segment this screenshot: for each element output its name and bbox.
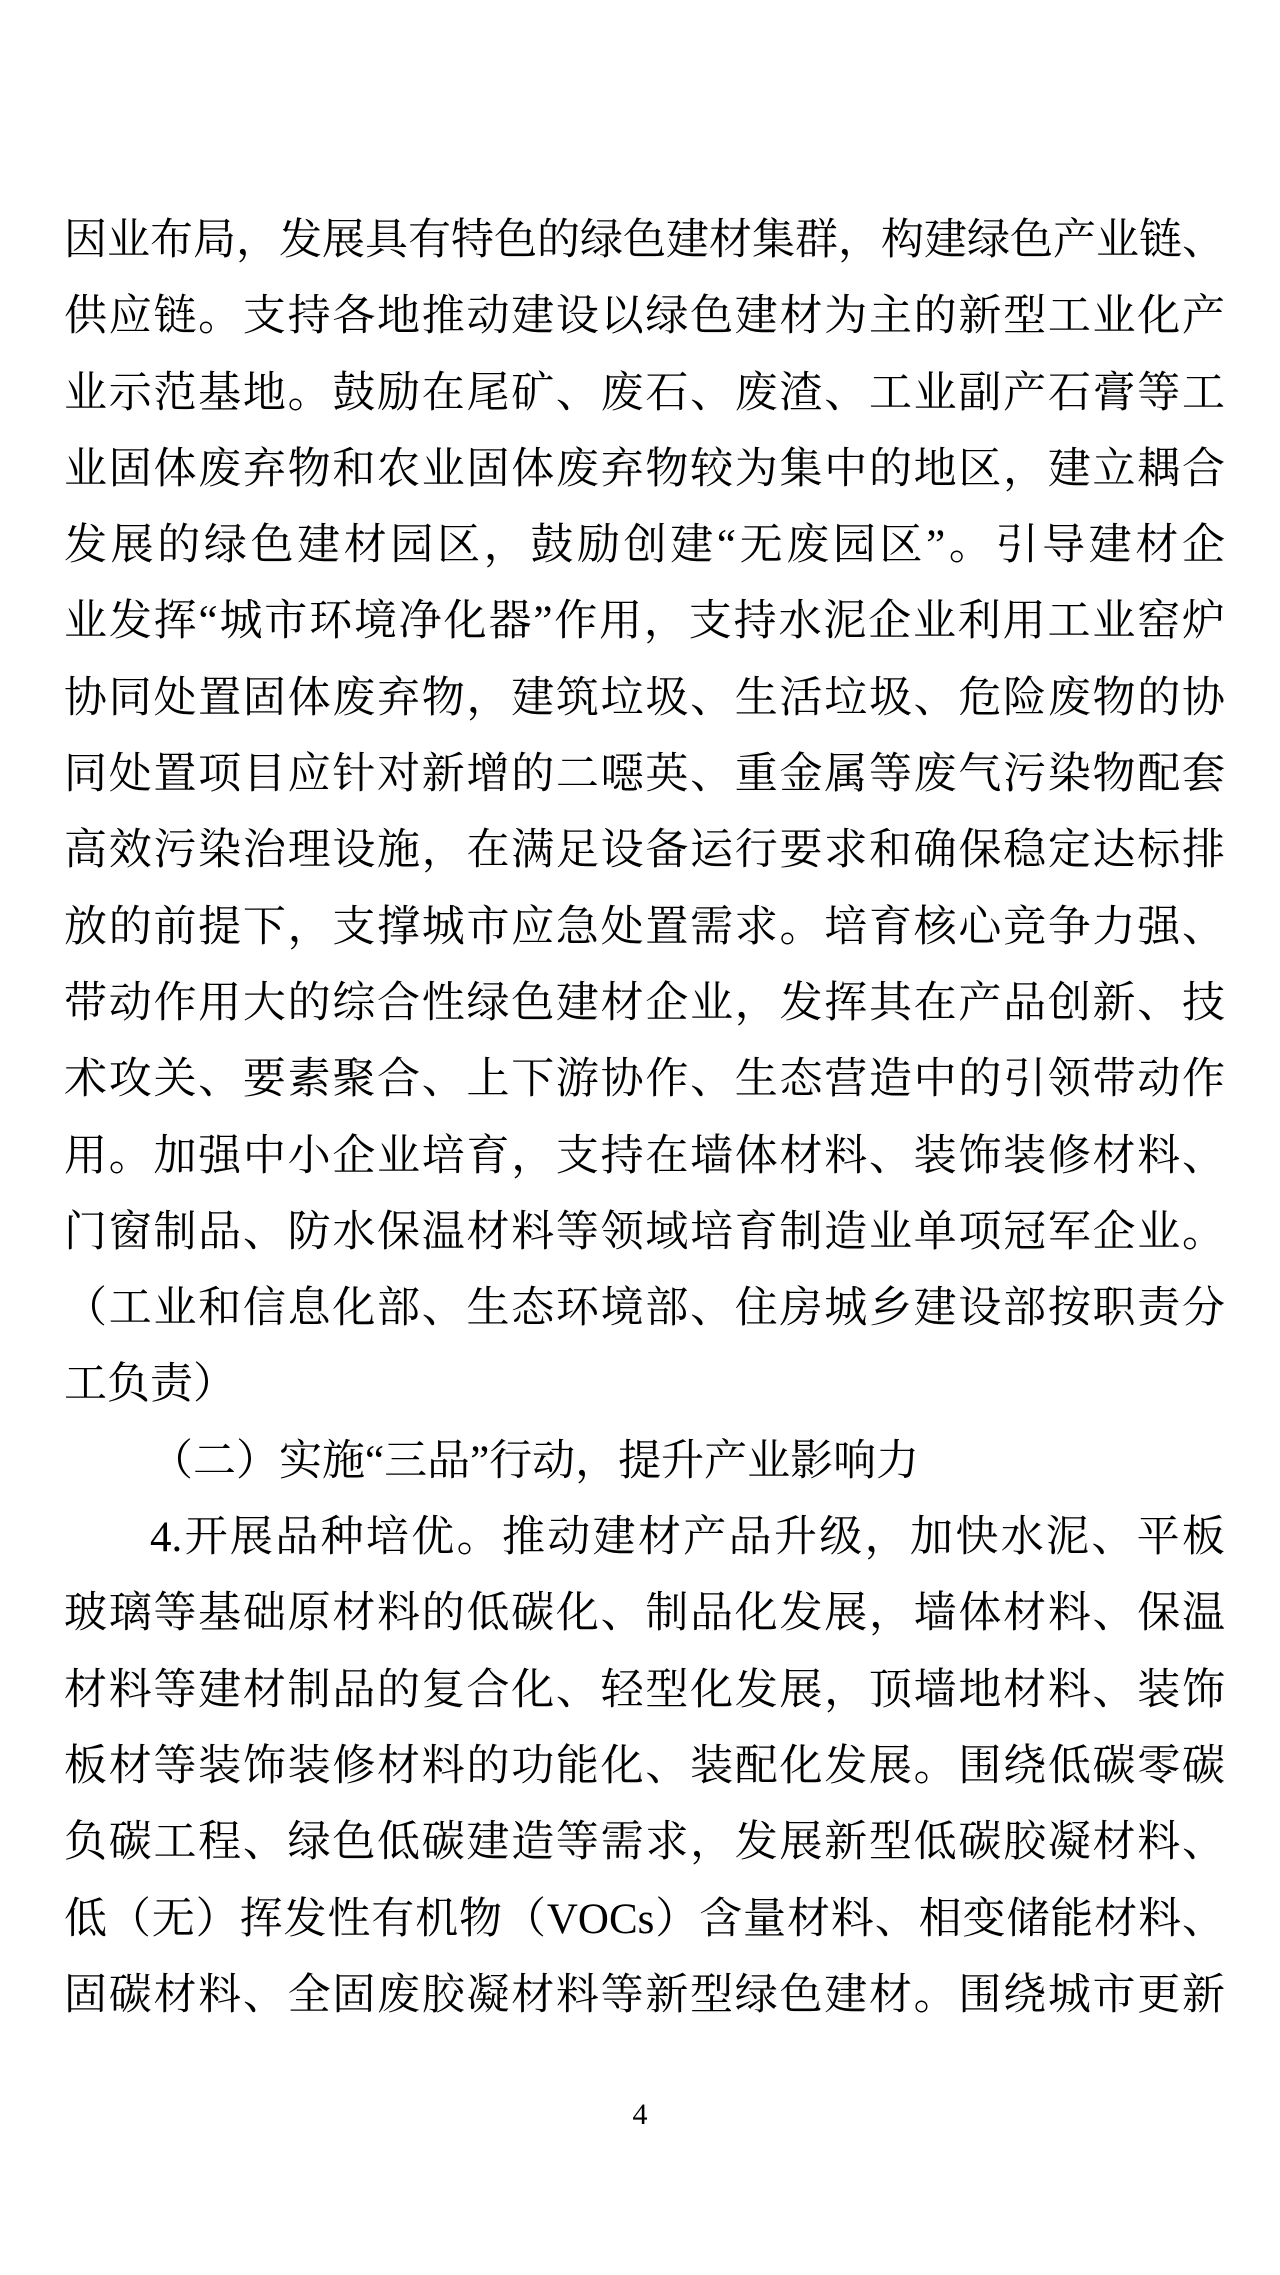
text-line: 用。加强中小企业培育，支持在墙体材料、装饰装修材料、 [64, 1119, 1225, 1195]
text-line: 业示范基地。鼓励在尾矿、废石、废渣、工业副产石膏等工 [64, 356, 1225, 432]
text-line: 因业布局，发展具有特色的绿色建材集群，构建绿色产业链、 [64, 203, 1225, 279]
document-body: 因业布局，发展具有特色的绿色建材集群，构建绿色产业链、供应链。支持各地推动建设以… [64, 203, 1225, 2034]
text-line: 低（无）挥发性有机物（VOCs）含量材料、相变储能材料、 [64, 1882, 1225, 1958]
text-line: 同处置项目应针对新增的二噁英、重金属等废气污染物配套 [64, 737, 1225, 813]
text-line: 带动作用大的综合性绿色建材企业，发挥其在产品创新、技 [64, 966, 1225, 1042]
text-line: 材料等建材制品的复合化、轻型化发展，顶墙地材料、装饰 [64, 1653, 1225, 1729]
text-line: （工业和信息化部、生态环境部、住房城乡建设部按职责分 [64, 1271, 1225, 1347]
text-line: 门窗制品、防水保温材料等领域培育制造业单项冠军企业。 [64, 1195, 1225, 1271]
text-line: 板材等装饰装修材料的功能化、装配化发展。围绕低碳零碳 [64, 1729, 1225, 1805]
text-line: 玻璃等基础原材料的低碳化、制品化发展，墙体材料、保温 [64, 1576, 1225, 1652]
text-line: 负碳工程、绿色低碳建造等需求，发展新型低碳胶凝材料、 [64, 1805, 1225, 1881]
text-line: 高效污染治理设施，在满足设备运行要求和确保稳定达标排 [64, 813, 1225, 889]
text-line: 协同处置固体废弃物，建筑垃圾、生活垃圾、危险废物的协 [64, 661, 1225, 737]
text-line: 放的前提下，支撑城市应急处置需求。培育核心竞争力强、 [64, 890, 1225, 966]
page-number: 4 [0, 2094, 1280, 2136]
text-line: 术攻关、要素聚合、上下游协作、生态营造中的引领带动作 [64, 1042, 1225, 1118]
text-line: 4.开展品种培优。推动建材产品升级，加快水泥、平板 [64, 1500, 1225, 1576]
text-line: 发展的绿色建材园区，鼓励创建“无废园区”。引导建材企 [64, 508, 1225, 584]
text-line: 业固体废弃物和农业固体废弃物较为集中的地区，建立耦合 [64, 432, 1225, 508]
section-heading: （二）实施“三品”行动，提升产业影响力 [64, 1424, 1225, 1500]
text-line: 固碳材料、全固废胶凝材料等新型绿色建材。围绕城市更新 [64, 1958, 1225, 2034]
document-page: 因业布局，发展具有特色的绿色建材集群，构建绿色产业链、供应链。支持各地推动建设以… [0, 0, 1280, 2275]
text-line: 供应链。支持各地推动建设以绿色建材为主的新型工业化产 [64, 279, 1225, 355]
text-line: 业发挥“城市环境净化器”作用，支持水泥企业利用工业窑炉 [64, 584, 1225, 660]
text-line: 工负责） [64, 1347, 1225, 1423]
